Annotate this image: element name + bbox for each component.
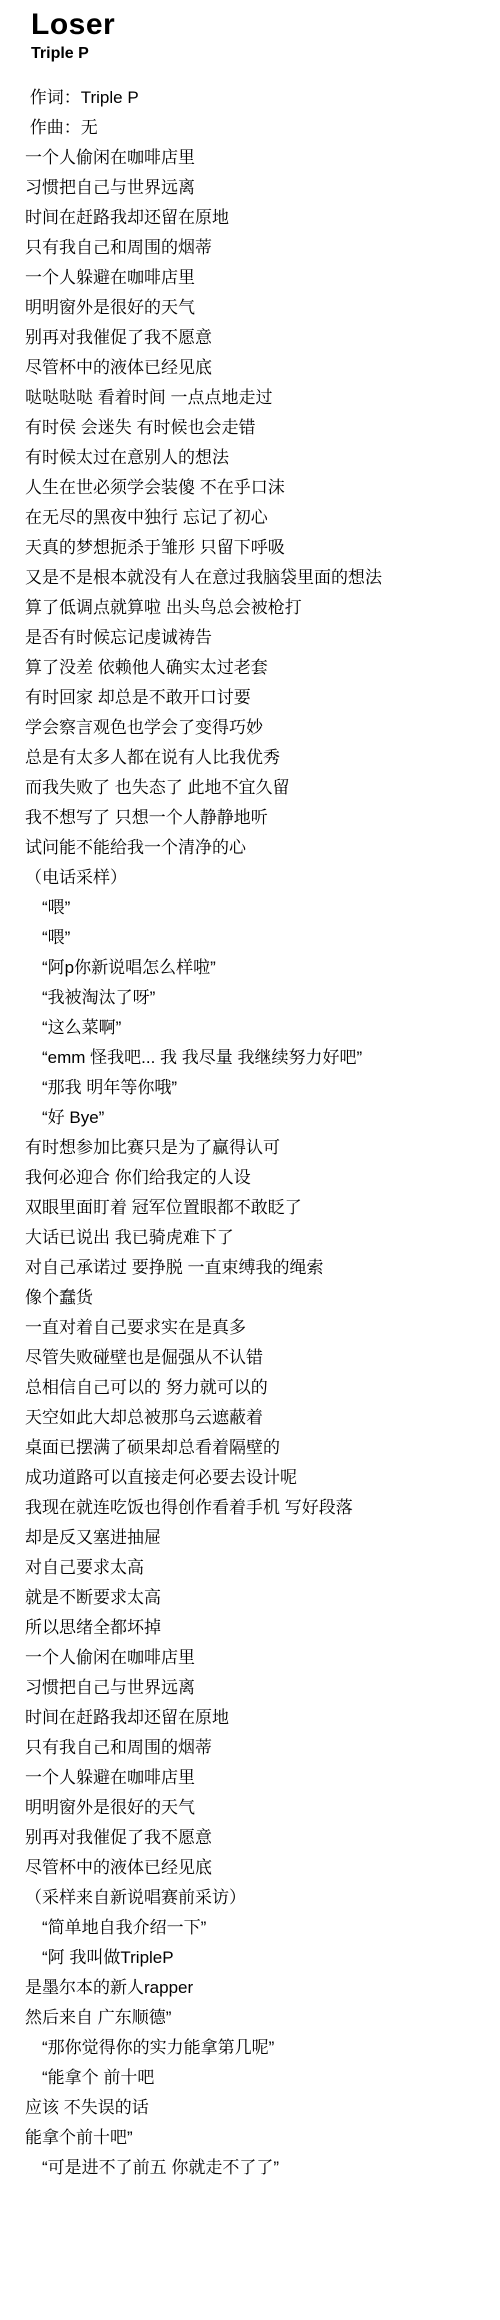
lyric-line: 对自己要求太高	[25, 1553, 480, 1583]
lyric-line: 只有我自己和周围的烟蒂	[25, 233, 480, 263]
lyric-line: 在无尽的黑夜中独行 忘记了初心	[25, 503, 480, 533]
lyric-line: 我何必迎合 你们给我定的人设	[25, 1163, 480, 1193]
lyric-line: 时间在赶路我却还留在原地	[25, 203, 480, 233]
lyric-line: 只有我自己和周围的烟蒂	[25, 1733, 480, 1763]
lyric-line: 试问能不能给我一个清净的心	[25, 833, 480, 863]
lyric-line: 对自己承诺过 要挣脱 一直束缚我的绳索	[25, 1253, 480, 1283]
artist-name: Triple P	[31, 42, 480, 66]
song-title: Loser	[31, 8, 480, 42]
lyrics-page: Loser Triple P 作词：Triple P 作曲：无一个人偷闲在咖啡店…	[0, 0, 500, 2183]
lyric-line: “emm 怪我吧... 我 我尽量 我继续努力好吧”	[25, 1043, 480, 1073]
lyric-line: （电话采样）	[25, 863, 480, 893]
lyric-line: 有时候太过在意别人的想法	[25, 443, 480, 473]
lyric-line: 尽管杯中的液体已经见底	[25, 1853, 480, 1883]
lyric-line: 一个人偷闲在咖啡店里	[25, 1643, 480, 1673]
lyric-line: 时间在赶路我却还留在原地	[25, 1703, 480, 1733]
lyric-line: 作词：Triple P	[25, 83, 480, 113]
lyric-line: “喂”	[25, 893, 480, 923]
lyric-line: 双眼里面盯着 冠军位置眼都不敢眨了	[25, 1193, 480, 1223]
lyric-line: 能拿个前十吧”	[25, 2123, 480, 2153]
lyric-line: 算了低调点就算啦 出头鸟总会被枪打	[25, 593, 480, 623]
lyric-line: “那你觉得你的实力能拿第几呢”	[25, 2033, 480, 2063]
lyric-line: 所以思绪全都坏掉	[25, 1613, 480, 1643]
lyric-line: 人生在世必须学会装傻 不在乎口沫	[25, 473, 480, 503]
lyric-line: （采样来自新说唱赛前采访）	[25, 1883, 480, 1913]
lyric-line: “可是进不了前五 你就走不了了”	[25, 2153, 480, 2183]
lyric-line: “那我 明年等你哦”	[25, 1073, 480, 1103]
lyric-line: 是否有时候忘记虔诚祷告	[25, 623, 480, 653]
lyric-line: 一直对着自己要求实在是真多	[25, 1313, 480, 1343]
lyric-line: 别再对我催促了我不愿意	[25, 1823, 480, 1853]
lyric-line: 作曲：无	[25, 113, 480, 143]
lyrics-block: 作词：Triple P 作曲：无一个人偷闲在咖啡店里习惯把自己与世界远离时间在赶…	[25, 83, 480, 2183]
lyric-line: 桌面已摆满了硕果却总看着隔壁的	[25, 1433, 480, 1463]
lyric-line: “简单地自我介绍一下”	[25, 1913, 480, 1943]
lyric-line: 我现在就连吃饭也得创作看着手机 写好段落	[25, 1493, 480, 1523]
lyric-line: 成功道路可以直接走何必要去设计呢	[25, 1463, 480, 1493]
lyric-line: 像个蠢货	[25, 1283, 480, 1313]
lyric-line: 总相信自己可以的 努力就可以的	[25, 1373, 480, 1403]
lyric-line: 明明窗外是很好的天气	[25, 1793, 480, 1823]
lyric-line: “阿p你新说唱怎么样啦”	[25, 953, 480, 983]
lyric-line: 学会察言观色也学会了变得巧妙	[25, 713, 480, 743]
lyric-line: 尽管杯中的液体已经见底	[25, 353, 480, 383]
lyric-line: 而我失败了 也失态了 此地不宜久留	[25, 773, 480, 803]
lyric-line: 有时侯 会迷失 有时候也会走错	[25, 413, 480, 443]
lyric-line: 一个人躲避在咖啡店里	[25, 1763, 480, 1793]
lyric-line: 尽管失败碰壁也是倔强从不认错	[25, 1343, 480, 1373]
lyric-line: 习惯把自己与世界远离	[25, 173, 480, 203]
lyric-line: 一个人躲避在咖啡店里	[25, 263, 480, 293]
lyric-line: 却是反又塞进抽屉	[25, 1523, 480, 1553]
lyric-line: 天真的梦想扼杀于雏形 只留下呼吸	[25, 533, 480, 563]
lyric-line: “我被淘汰了呀”	[25, 983, 480, 1013]
lyric-line: 大话已说出 我已骑虎难下了	[25, 1223, 480, 1253]
lyric-line: 一个人偷闲在咖啡店里	[25, 143, 480, 173]
lyric-line: 算了没差 依赖他人确实太过老套	[25, 653, 480, 683]
lyric-line: “好 Bye”	[25, 1103, 480, 1133]
lyric-line: 是墨尔本的新人rapper	[25, 1973, 480, 2003]
lyric-line: 别再对我催促了我不愿意	[25, 323, 480, 353]
lyric-line: 哒哒哒哒 看着时间 一点点地走过	[25, 383, 480, 413]
lyric-line: 我不想写了 只想一个人静静地听	[25, 803, 480, 833]
lyric-line: 天空如此大却总被那乌云遮蔽着	[25, 1403, 480, 1433]
lyric-line: 又是不是根本就没有人在意过我脑袋里面的想法	[25, 563, 480, 593]
lyric-line: 明明窗外是很好的天气	[25, 293, 480, 323]
lyric-line: 有时想参加比赛只是为了赢得认可	[25, 1133, 480, 1163]
lyric-line: 应该 不失误的话	[25, 2093, 480, 2123]
lyric-line: “喂”	[25, 923, 480, 953]
lyric-line: 总是有太多人都在说有人比我优秀	[25, 743, 480, 773]
lyric-line: 习惯把自己与世界远离	[25, 1673, 480, 1703]
lyric-line: “阿 我叫做TripleP	[25, 1943, 480, 1973]
lyric-line: 就是不断要求太高	[25, 1583, 480, 1613]
lyric-line: 然后来自 广东顺德”	[25, 2003, 480, 2033]
lyric-line: 有时回家 却总是不敢开口讨要	[25, 683, 480, 713]
lyric-line: “这么菜啊”	[25, 1013, 480, 1043]
lyric-line: “能拿个 前十吧	[25, 2063, 480, 2093]
